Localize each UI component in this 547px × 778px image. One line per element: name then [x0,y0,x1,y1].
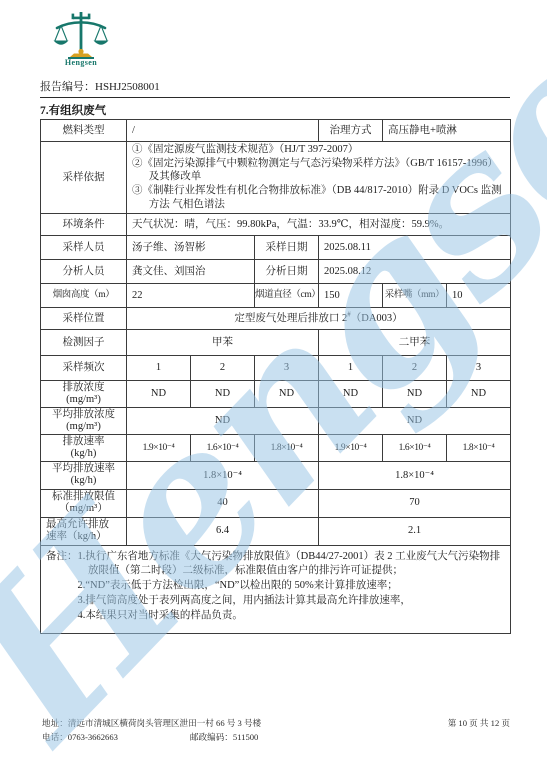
duct-diameter-value: 150 [319,284,383,308]
frequency-cell: 2 [383,356,447,381]
environment-label: 环境条件 [41,214,127,236]
sampling-location-label: 采样位置 [41,308,127,330]
concentration-cell: ND [127,381,191,408]
note-item-2: 2.“ND”表示低于方法检出限，“ND”以检出限的 50%来计算排放速率； [78,579,506,594]
duct-diameter-label: 烟道直径（cm） [255,284,319,308]
emission-rate-label: 排放速率 (kg/h) [41,435,127,462]
analysis-date-value: 2025.08.12 [319,260,511,284]
treatment-label: 治理方式 [319,120,383,142]
notes-body: 1.执行广东省地方标准《大气污染物排放限值》（DB44/27-2001）表 2 … [78,550,506,625]
row-emission-limit: 标准排放限值 （mg/m³） 40 70 [41,489,511,517]
avg-concentration-label: 平均排放浓度 (mg/m³) [41,408,127,435]
analysis-date-label: 分析日期 [255,260,319,284]
emission-concentration-label: 排放浓度 (mg/m³) [41,381,127,408]
row-sampling-basis: 采样依据 ①《固定源废气监测技术规范》（HJ/T 397-2007） ②《固定污… [41,142,511,214]
balance-scale-icon [53,12,109,59]
avg-emission-rate-label: 平均排放速率 (kg/h) [41,462,127,489]
report-number-label: 报告编号： [40,81,95,93]
frequency-cell: 1 [127,356,191,381]
row-max-allowed-rate: 最高允许排放 速率（kg/h） 6.4 2.1 [41,517,511,545]
max-rate-xylene: 2.1 [319,517,511,545]
rate-cell: 1.9×10⁻⁴ [319,435,383,462]
avg-concentration-toluene: ND [127,408,319,435]
fuel-type-label: 燃料类型 [41,120,127,142]
stack-height-label: 烟囱高度（m） [41,284,127,308]
nozzle-label: 采样嘴（mm） [383,284,447,308]
sampler-label: 采样人员 [41,236,127,260]
avg-concentration-xylene: ND [319,408,511,435]
concentration-cell: ND [447,381,511,408]
row-fuel-type: 燃料类型 / 治理方式 高压静电+喷淋 [41,120,511,142]
factor-toluene: 甲苯 [127,330,319,356]
analyst-value: 龚文佳、刘国治 [127,260,255,284]
detection-factor-label: 检测因子 [41,330,127,356]
environment-value: 天气状况：晴，气压：99.80kPa，气温：33.9℃，相对湿度：59.9%。 [127,214,511,236]
max-rate-toluene: 6.4 [127,517,319,545]
sample-date-value: 2025.08.11 [319,236,511,260]
row-sampling-frequency: 采样频次 1 2 3 1 2 3 [41,356,511,381]
row-emission-concentration: 排放浓度 (mg/m³) ND ND ND ND ND ND [41,381,511,408]
emission-report-table: 燃料类型 / 治理方式 高压静电+喷淋 采样依据 ①《固定源废气监测技术规范》（… [40,119,511,634]
basis-item-1: ①《固定源废气监测技术规范》（HJ/T 397-2007） [132,143,508,157]
sample-date-label: 采样日期 [255,236,319,260]
basis-item-3: ③《制鞋行业挥发性有机化合物排放标准》（DB 44/817-2010）附录 D … [132,184,508,211]
treatment-value: 高压静电+喷淋 [383,120,511,142]
company-logo: Hengsen [50,12,112,67]
concentration-cell: ND [319,381,383,408]
note-item-4: 4.本结果只对当时采集的样品负责。 [78,609,506,624]
note-item-1: 1.执行广东省地方标准《大气污染物排放限值》（DB44/27-2001）表 2 … [78,550,506,580]
sampling-basis-label: 采样依据 [41,142,127,214]
footer-phone: 电话：0763-3662663 [42,731,118,743]
nozzle-value: 10 [447,284,511,308]
sampling-location-value: 定型废气处理后排放口 2#（DA003） [127,308,511,330]
row-environment: 环境条件 天气状况：晴，气压：99.80kPa，气温：33.9℃，相对湿度：59… [41,214,511,236]
fuel-type-value: / [127,120,319,142]
basis-item-2: ②《固定污染源排气中颗粒物测定与气态污染物采样方法》（GB/T 16157-19… [132,157,508,184]
avg-rate-toluene: 1.8×10⁻⁴ [127,462,319,489]
footer-postal-code: 邮政编码：511500 [190,731,258,743]
stack-height-value: 22 [127,284,255,308]
concentration-cell: ND [383,381,447,408]
report-number-line: 报告编号：HSHJ2508001 [40,78,510,98]
row-avg-emission-rate: 平均排放速率 (kg/h) 1.8×10⁻⁴ 1.8×10⁻⁴ [41,462,511,489]
concentration-cell: ND [191,381,255,408]
footer-address: 地址：清远市清城区横荷岗头管理区泄田一村 66 号 3 号楼 [42,717,261,729]
frequency-cell: 2 [191,356,255,381]
notes-label: 备注： [46,550,78,625]
footer-page-info: 第 10 页 共 12 页 [448,717,510,729]
note-item-3: 3.排气筒高度处于表列两高度之间，用内插法计算其最高允许排放速率， [78,594,506,609]
frequency-cell: 3 [255,356,319,381]
rate-cell: 1.9×10⁻⁴ [127,435,191,462]
concentration-cell: ND [255,381,319,408]
emission-limit-label: 标准排放限值 （mg/m³） [41,489,127,517]
analyst-label: 分析人员 [41,260,127,284]
sampler-value: 汤子维、汤智彬 [127,236,255,260]
rate-cell: 1.6×10⁻⁴ [383,435,447,462]
frequency-cell: 1 [319,356,383,381]
logo-wordmark: Hengsen [50,58,112,67]
row-notes: 备注： 1.执行广东省地方标准《大气污染物排放限值》（DB44/27-2001）… [41,545,511,633]
row-avg-concentration: 平均排放浓度 (mg/m³) ND ND [41,408,511,435]
row-stack-dimensions: 烟囱高度（m） 22 烟道直径（cm） 150 采样嘴（mm） 10 [41,284,511,308]
row-emission-rate: 排放速率 (kg/h) 1.9×10⁻⁴ 1.6×10⁻⁴ 1.8×10⁻⁴ 1… [41,435,511,462]
row-sampler: 采样人员 汤子维、汤智彬 采样日期 2025.08.11 [41,236,511,260]
rate-cell: 1.6×10⁻⁴ [191,435,255,462]
sampling-basis-value: ①《固定源废气监测技术规范》（HJ/T 397-2007） ②《固定污染源排气中… [127,142,511,214]
page-footer: 地址：清远市清城区横荷岗头管理区泄田一村 66 号 3 号楼 第 10 页 共 … [42,717,510,743]
sampling-frequency-label: 采样频次 [41,356,127,381]
rate-cell: 1.8×10⁻⁴ [447,435,511,462]
row-detection-factor: 检测因子 甲苯 二甲苯 [41,330,511,356]
avg-rate-xylene: 1.8×10⁻⁴ [319,462,511,489]
limit-xylene: 70 [319,489,511,517]
limit-toluene: 40 [127,489,319,517]
max-allowed-rate-label: 最高允许排放 速率（kg/h） [41,517,127,545]
section-title: 7.有组织废气 [40,102,106,118]
notes-block: 备注： 1.执行广东省地方标准《大气污染物排放限值》（DB44/27-2001）… [41,545,511,633]
rate-cell: 1.8×10⁻⁴ [255,435,319,462]
report-number-value: HSHJ2508001 [95,81,160,93]
frequency-cell: 3 [447,356,511,381]
row-analyst: 分析人员 龚文佳、刘国治 分析日期 2025.08.12 [41,260,511,284]
report-page: Hengsen 报告编号：HSHJ2508001 7.有组织废气 燃料类型 / … [0,0,547,778]
row-sampling-location: 采样位置 定型废气处理后排放口 2#（DA003） [41,308,511,330]
factor-xylene: 二甲苯 [319,330,511,356]
